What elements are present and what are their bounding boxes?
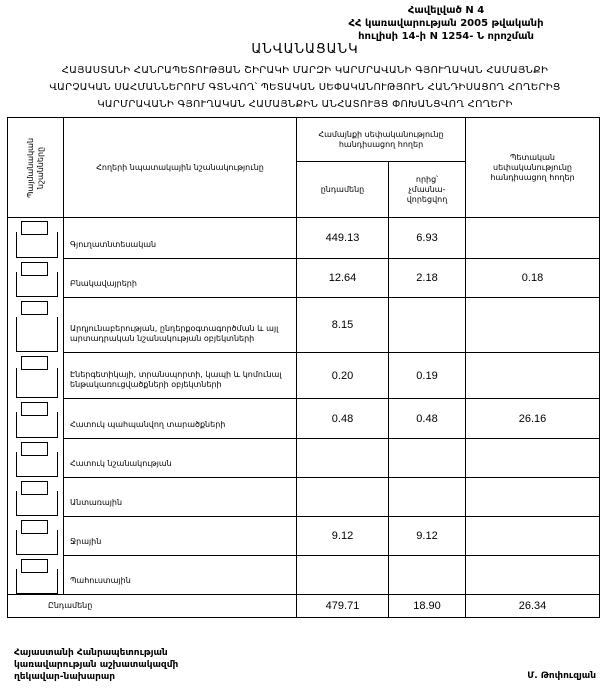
code-bracket — [16, 232, 58, 258]
legend-symbol-box — [21, 520, 48, 534]
position-line-3: ղեկավար-նախարար — [14, 671, 178, 683]
community-total — [296, 477, 389, 517]
community-of-which — [388, 555, 466, 595]
community-of-which: 9.12 — [388, 516, 466, 556]
signatory-position: Հայաստանի Հանրապետության կառավարության ա… — [14, 647, 178, 683]
land-purpose: Ջրային — [63, 516, 297, 556]
header-state: Պետական սեփականությունը հանդիսացող հողեր — [465, 117, 600, 218]
state-owned — [465, 217, 600, 259]
community-total: 9.12 — [296, 516, 389, 556]
code-cell — [7, 297, 64, 353]
state-owned — [465, 516, 600, 556]
header-of-which: որից՝ չմասնա- վորեցվող — [388, 161, 466, 218]
community-of-which — [388, 438, 466, 478]
state-owned: 26.16 — [465, 398, 600, 439]
state-owned — [465, 477, 600, 517]
totals-total: 479.71 — [296, 594, 389, 618]
subtitle-line-2: ՎԱՐՉԱԿԱՆ ՍԱՀՄԱՆՆԵՐՈՒՄ ԳՏՆՎՈՂ՝ ՊԵՏԱԿԱՆ ՍԵ… — [0, 79, 610, 96]
legend-symbol-box — [21, 442, 48, 456]
community-of-which — [388, 297, 466, 353]
legend-symbol-box — [21, 356, 48, 370]
land-purpose: Բնակավայրերի — [63, 258, 297, 298]
legend-symbol-box — [21, 262, 48, 276]
code-cell — [7, 477, 64, 517]
community-of-which: 0.48 — [388, 398, 466, 439]
code-bracket — [16, 368, 58, 398]
annex-line-2: ՀՀ կառավարության 2005 թվականի — [326, 17, 566, 30]
document-subtitle: ՀԱՅԱՍՏԱՆԻ ՀԱՆՐԱՊԵՏՈՒԹՅԱՆ ՇԻՐԱԿԻ ՄԱՐԶԻ ԿԱ… — [0, 62, 610, 113]
community-total: 8.15 — [296, 297, 389, 353]
document-title: ԱՆՎԱՆԱՑԱՆԿ — [0, 42, 610, 57]
code-cell — [7, 438, 64, 478]
code-cell — [7, 516, 64, 556]
state-owned — [465, 555, 600, 595]
state-owned: 0.18 — [465, 258, 600, 298]
subtitle-line-1: ՀԱՅԱՍՏԱՆԻ ՀԱՆՐԱՊԵՏՈՒԹՅԱՆ ՇԻՐԱԿԻ ՄԱՐԶԻ ԿԱ… — [0, 62, 610, 79]
totals-label: Ընդամենը — [7, 594, 297, 618]
position-line-1: Հայաստանի Հանրապետության — [14, 647, 178, 659]
community-of-which: 2.18 — [388, 258, 466, 298]
community-total — [296, 555, 389, 595]
land-table: Պայմանական նշանները Հողերի նպատակային նշ… — [7, 117, 600, 618]
land-purpose: Գյուղատնտեսական — [63, 217, 297, 259]
legend-symbol-box — [21, 402, 48, 416]
community-of-which: 0.19 — [388, 352, 466, 399]
totals-state: 26.34 — [465, 594, 600, 618]
legend-symbol-box — [21, 481, 48, 495]
code-cell — [7, 555, 64, 595]
signatory-name: Մ. Թոփուզյան — [527, 671, 596, 681]
annex-line-1: Հավելված N 4 — [326, 4, 566, 17]
land-purpose: Հատուկ պահպանվող տարածքների — [63, 398, 297, 439]
state-owned — [465, 297, 600, 353]
annex-header: Հավելված N 4 ՀՀ կառավարության 2005 թվակա… — [326, 4, 566, 43]
header-purpose: Հողերի նպատակային նշանակությունը — [63, 117, 297, 218]
community-total — [296, 438, 389, 478]
legend-symbol-box — [21, 559, 48, 573]
community-of-which: 6.93 — [388, 217, 466, 259]
code-cell — [7, 398, 64, 439]
state-owned — [465, 352, 600, 399]
header-code: Պայմանական նշանները — [7, 117, 64, 218]
header-code-label: Պայմանական նշանները — [26, 138, 46, 198]
code-cell — [7, 258, 64, 298]
community-of-which — [388, 477, 466, 517]
land-purpose: Անտառային — [63, 477, 297, 517]
land-purpose: Արդյունաբերության, ընդերքօգտագործման և ա… — [63, 297, 297, 353]
totals-of-which: 18.90 — [388, 594, 466, 618]
land-purpose: Հատուկ նշանակության — [63, 438, 297, 478]
land-purpose: Պահուստային — [63, 555, 297, 595]
legend-symbol-box — [21, 221, 48, 235]
code-cell — [7, 217, 64, 259]
header-total: ընդամենը — [296, 161, 389, 218]
subtitle-line-3: ԿԱՐՄՐԱՎԱՆԻ ԳՅՈՒՂԱԿԱՆ ՀԱՄԱՅՆՔԻՆ ԱՆՀԱՏՈՒՅՑ… — [0, 96, 610, 113]
header-community-group: Համայնքի սեփականությունը հանդիսացող հողե… — [296, 117, 466, 162]
code-bracket — [16, 317, 58, 352]
code-cell — [7, 352, 64, 399]
community-total: 449.13 — [296, 217, 389, 259]
community-total: 0.20 — [296, 352, 389, 399]
land-purpose: Էներգետիկայի, տրանսպորտի, կապի և կոմունա… — [63, 352, 297, 399]
state-owned — [465, 438, 600, 478]
community-total: 12.64 — [296, 258, 389, 298]
community-total: 0.48 — [296, 398, 389, 439]
position-line-2: կառավարության աշխատակազմի — [14, 659, 178, 671]
legend-symbol-box — [21, 301, 48, 315]
